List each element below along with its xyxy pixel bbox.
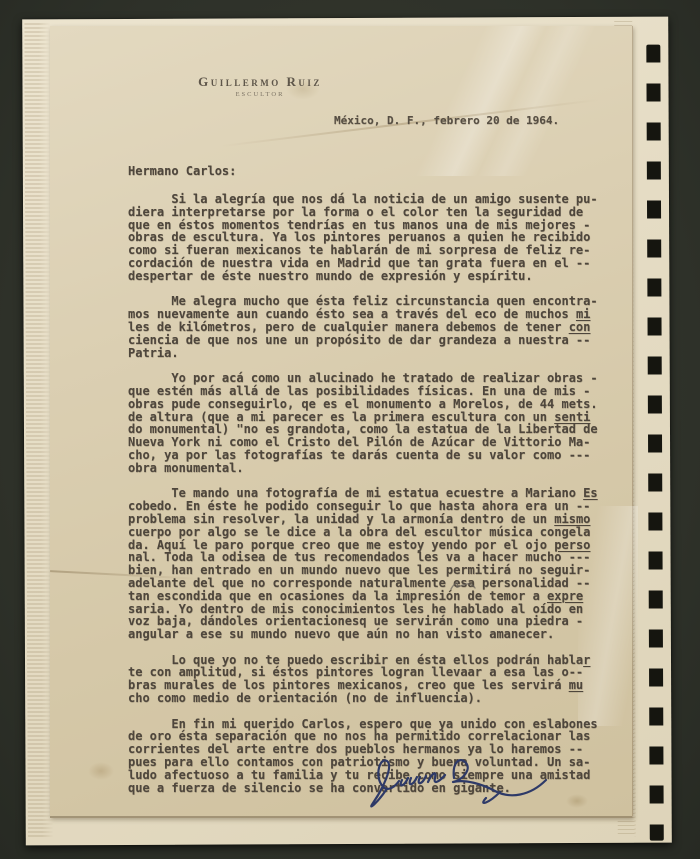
letterhead: Guillermo Ruiz ESCULTOR bbox=[50, 74, 470, 98]
letter-paragraph: Yo por acá como un alucinado he tratado … bbox=[128, 372, 614, 474]
letter-line: Patria. bbox=[128, 347, 614, 360]
salutation: Hermano Carlos: bbox=[128, 164, 236, 178]
letter-line: cho como medio de orientación (no de inf… bbox=[128, 692, 614, 705]
letter-body: Si la alegría que nos dá la noticia de u… bbox=[128, 193, 614, 807]
letter-paragraph: Si la alegría que nos dá la noticia de u… bbox=[128, 193, 614, 283]
comb-binding-holes bbox=[646, 45, 663, 841]
letter-line: ciencia de que nos une un propósito de d… bbox=[128, 334, 614, 347]
signature-autograph bbox=[362, 752, 562, 818]
letter-line: obra monumental. bbox=[128, 462, 614, 475]
letterhead-title: ESCULTOR bbox=[50, 91, 470, 98]
paper-stain bbox=[88, 762, 114, 780]
pencil-annotation-mark bbox=[448, 579, 478, 593]
letter-paragraph: Me alegra mucho que ésta feliz circunsta… bbox=[128, 295, 614, 359]
letter-line: despertar de éste nuestro mundo de expre… bbox=[128, 270, 614, 283]
letter-paragraph: Te mando una fotografía de mi estatua ec… bbox=[128, 487, 614, 641]
letter-paragraph: Lo que yo no te puedo escribir en ésta e… bbox=[128, 654, 614, 705]
letter-line: angular a ese su mundo nuevo que aún no … bbox=[128, 628, 614, 641]
dateline: México, D. F., febrero 20 de 1964. bbox=[334, 114, 559, 127]
photographed-letter-scene: Guillermo Ruiz ESCULTOR México, D. F., f… bbox=[0, 0, 700, 859]
letterhead-name: Guillermo Ruiz bbox=[50, 74, 470, 90]
letter-sheet: Guillermo Ruiz ESCULTOR México, D. F., f… bbox=[50, 26, 633, 818]
